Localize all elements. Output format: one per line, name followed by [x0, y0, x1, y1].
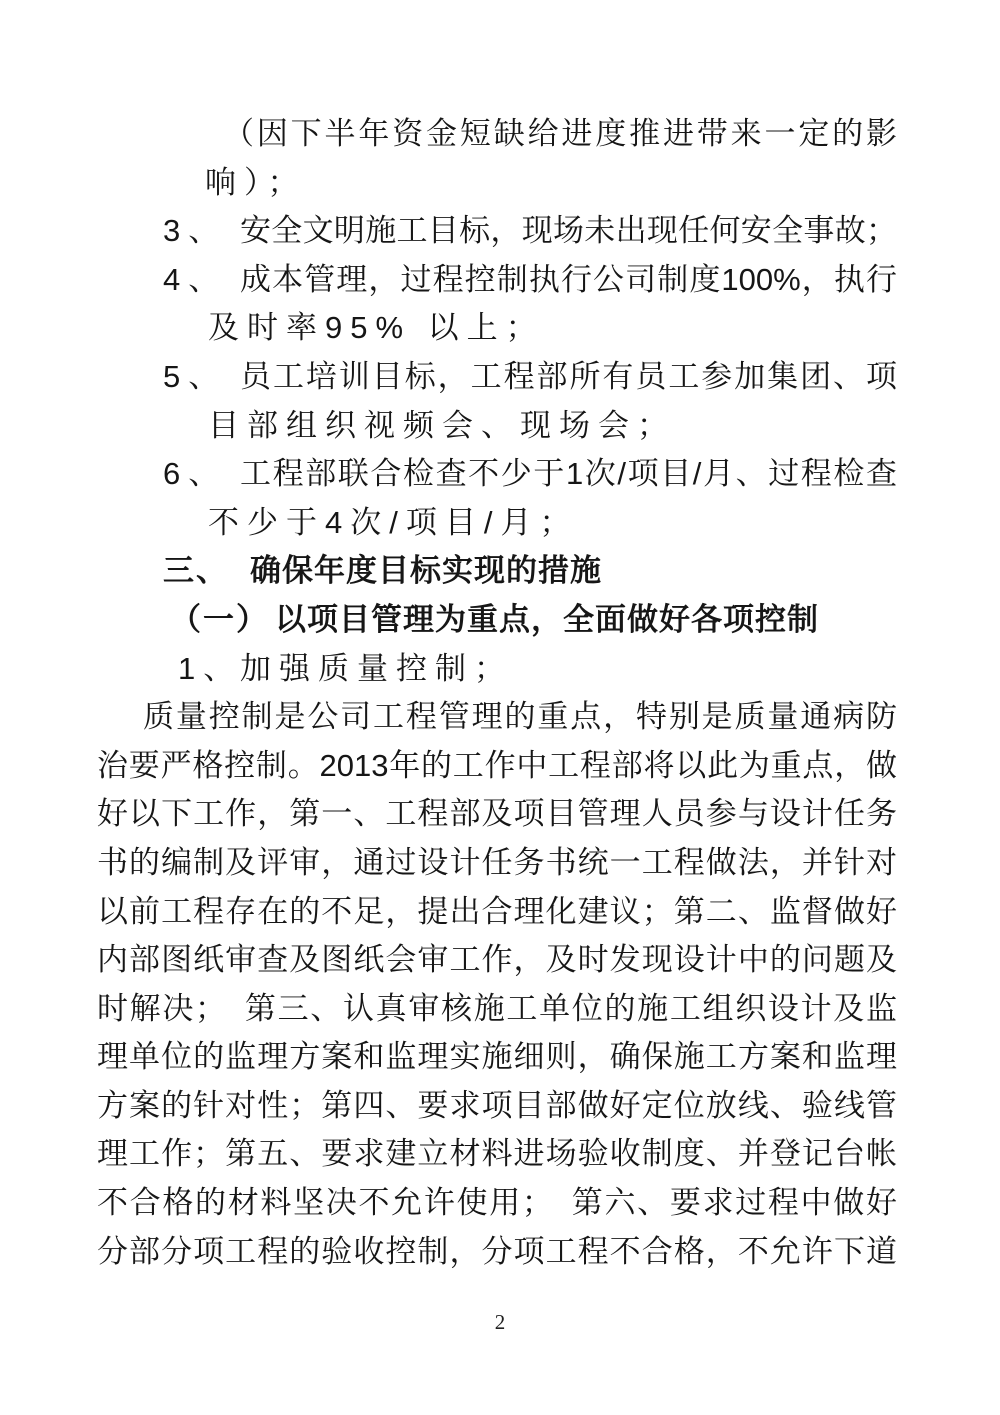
paragraph-line-7: 时解决； 第三、认真审核施工单位的施工组织设计及监 [0, 985, 1000, 1034]
list-item-5-continuation: 目部组织视频会、现场会； [0, 402, 1000, 451]
list-item-number: 4、 [163, 256, 240, 305]
section-heading: 三、 确保年度目标实现的措施 [0, 547, 1000, 596]
paragraph-line-1: 质量控制是公司工程管理的重点，特别是质量通病防 [0, 693, 1000, 742]
list-item-5: 5、 员工培训目标，工程部所有员工参加集团、项 [0, 353, 1000, 402]
list-item-number: 5、 [163, 353, 240, 402]
list-item-number: 3、 [163, 207, 240, 256]
list-item-4-continuation: 及时率95% 以上； [0, 304, 1000, 353]
paragraph-line-6: 内部图纸审查及图纸会审工作，及时发现设计中的问题及 [0, 936, 1000, 985]
list-item-1: 1、 加强质量控制； [0, 645, 1000, 694]
carryover-line-2: 响）； [0, 159, 1000, 208]
page-number: 2 [0, 1300, 1000, 1344]
list-item-6: 6、 工程部联合检查不少于1次/项目/月、过程检查 [0, 450, 1000, 499]
list-item-text: 加强质量控制； [240, 645, 897, 694]
list-item-text: 工程部联合检查不少于1次/项目/月、过程检查 [240, 450, 897, 499]
list-item-text: 成本管理，过程控制执行公司制度100%，执行 [240, 256, 897, 305]
paragraph-line-12: 分部分项工程的验收控制，分项工程不合格，不允许下道 [0, 1228, 1000, 1277]
paragraph-line-2: 治要严格控制。2013年的工作中工程部将以此为重点，做 [0, 742, 1000, 791]
paragraph-line-8: 理单位的监理方案和监理实施细则，确保施工方案和监理 [0, 1033, 1000, 1082]
section-heading-text: 确保年度目标实现的措施 [250, 547, 897, 596]
list-item-3: 3、 安全文明施工目标，现场未出现任何安全事故； [0, 207, 1000, 256]
paragraph-line-3: 好以下工作，第一、工程部及项目管理人员参与设计任务 [0, 790, 1000, 839]
subsection-heading: （一） 以项目管理为重点，全面做好各项控制 [0, 596, 1000, 645]
list-item-text: 员工培训目标，工程部所有员工参加集团、项 [240, 353, 897, 402]
list-item-4: 4、 成本管理，过程控制执行公司制度100%，执行 [0, 256, 1000, 305]
subsection-heading-number: （一） [170, 596, 275, 645]
list-item-number: 1、 [178, 645, 240, 694]
paragraph-line-9: 方案的针对性；第四、要求项目部做好定位放线、验线管 [0, 1082, 1000, 1131]
carryover-line-1: （因下半年资金短缺给进度推进带来一定的影 [0, 110, 1000, 159]
paragraph-line-11: 不合格的材料坚决不允许使用； 第六、要求过程中做好 [0, 1179, 1000, 1228]
paragraph-line-10: 理工作；第五、要求建立材料进场验收制度、并登记台帐 [0, 1130, 1000, 1179]
section-heading-number: 三、 [163, 547, 250, 596]
document-page: （因下半年资金短缺给进度推进带来一定的影 响）； 3、 安全文明施工目标，现场未… [0, 0, 1000, 1415]
subsection-heading-text: 以项目管理为重点，全面做好各项控制 [275, 596, 897, 645]
document-body: （因下半年资金短缺给进度推进带来一定的影 响）； 3、 安全文明施工目标，现场未… [0, 110, 1000, 1276]
list-item-text: 安全文明施工目标，现场未出现任何安全事故； [240, 207, 897, 256]
paragraph-line-4: 书的编制及评审，通过设计任务书统一工程做法，并针对 [0, 839, 1000, 888]
list-item-6-continuation: 不少于4次/项目/月； [0, 499, 1000, 548]
paragraph-line-5: 以前工程存在的不足，提出合理化建议；第二、监督做好 [0, 888, 1000, 937]
list-item-number: 6、 [163, 450, 240, 499]
